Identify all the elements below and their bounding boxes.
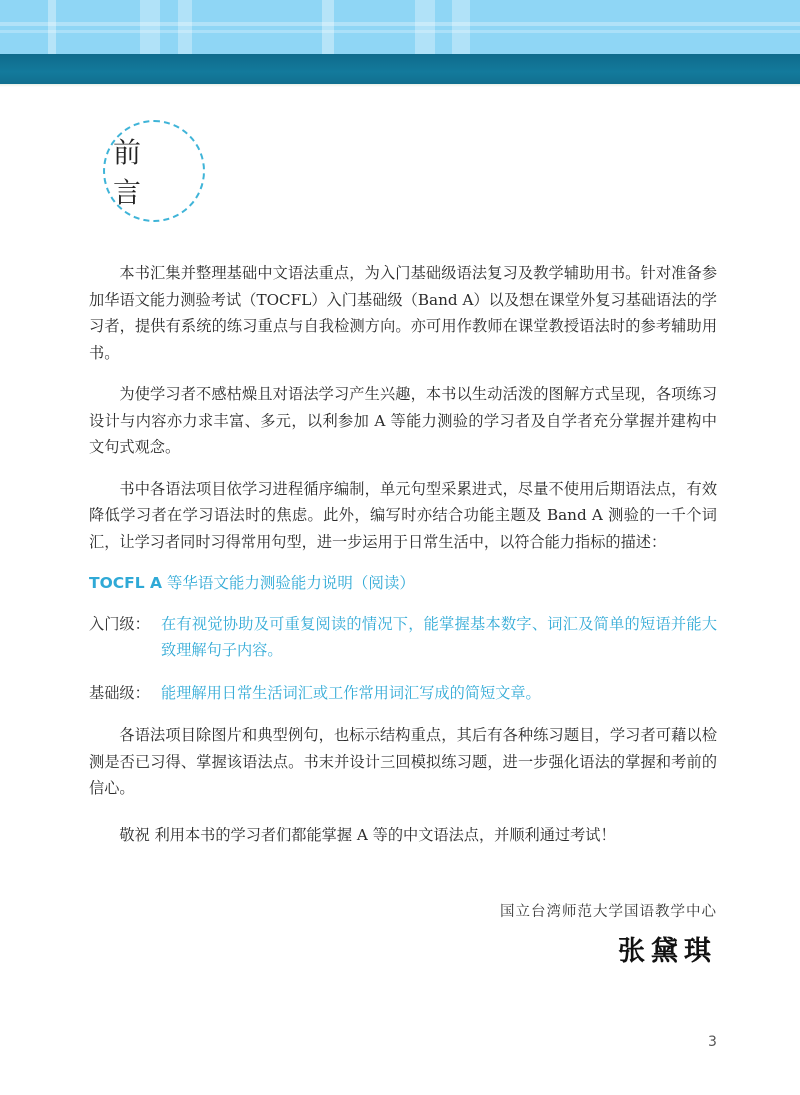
level-description: 在有视觉协助及可重复阅读的情况下，能掌握基本数字、词汇及简单的短语并能大致理解句… (161, 611, 717, 664)
ability-heading-latin: TOCFL A (89, 574, 162, 592)
header-band-edge (0, 84, 800, 87)
paragraph-1: 本书汇集并整理基础中文语法重点，为入门基础级语法复习及教学辅助用书。针对准备参加… (89, 260, 717, 366)
level-label: 入门级： (89, 611, 161, 664)
closing-line: 敬祝 利用本书的学习者们都能掌握 A 等的中文语法点，并顺利通过考试！ (89, 822, 717, 849)
ability-section-heading: TOCFL A 等华语文能力测验能力说明（阅读） (89, 570, 717, 597)
ability-heading-rest: 等华语文能力测验能力说明（阅读） (162, 574, 415, 592)
level-row-entry: 入门级： 在有视觉协助及可重复阅读的情况下，能掌握基本数字、词汇及简单的短语并能… (89, 611, 717, 664)
paragraph-3: 书中各语法项目依学习进程循序编制，单元句型采累进式，尽量不使用后期语法点，有效降… (89, 476, 717, 556)
institution-name: 国立台湾师范大学国语教学中心 (500, 900, 717, 921)
level-label: 基础级： (89, 680, 161, 707)
level-description: 能理解用日常生活词汇或工作常用词汇写成的简短文章。 (161, 680, 717, 707)
header-dark-band (0, 54, 800, 84)
header-light-band (0, 0, 800, 54)
paragraph-2: 为使学习者不感枯燥且对语法学习产生兴趣，本书以生动活泼的图解方式呈现，各项练习设… (89, 381, 717, 461)
author-signature: 张黛琪 (500, 929, 717, 968)
level-row-basic: 基础级： 能理解用日常生活词汇或工作常用词汇写成的简短文章。 (89, 680, 717, 707)
preface-body: 本书汇集并整理基础中文语法重点，为入门基础级语法复习及教学辅助用书。针对准备参加… (89, 260, 717, 848)
signature-block: 国立台湾师范大学国语教学中心 张黛琪 (500, 900, 717, 968)
page-title: 前 言 (105, 131, 203, 211)
page-number: 3 (708, 1034, 717, 1050)
title-dashed-circle: 前 言 (103, 120, 205, 222)
paragraph-4: 各语法项目除图片和典型例句，也标示结构重点，其后有各种练习题目，学习者可藉以检测… (89, 722, 717, 802)
